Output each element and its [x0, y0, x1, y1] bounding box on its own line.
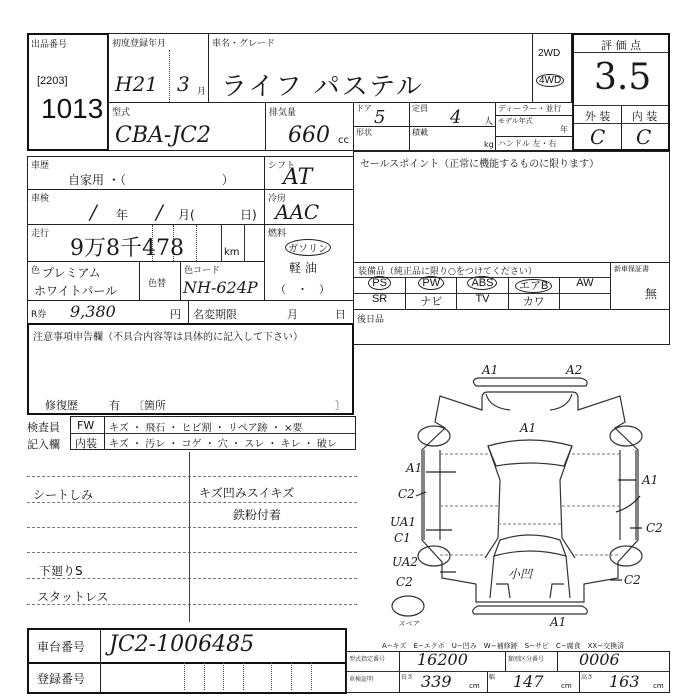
score: 3.5 — [594, 57, 651, 98]
later-items-box: 後日品 — [353, 309, 670, 345]
name-change-month: 月 — [287, 306, 298, 322]
warranty-label: 新車保証書 — [614, 264, 649, 274]
repair-close: 〕 — [335, 397, 346, 413]
displacement: 660 — [288, 123, 330, 148]
color-cell: 色 プレミアム ホワイトパール — [27, 261, 140, 301]
equipment-item-label: ABS — [467, 276, 497, 290]
displacement-cell: 排気量 660 cc — [265, 102, 354, 151]
equipment-item: PW — [405, 277, 456, 293]
equipment-item: AW — [559, 277, 610, 293]
divider — [311, 662, 312, 690]
fuel-label: 燃料 — [268, 226, 286, 239]
color-code-label: 色コード — [184, 263, 220, 276]
equipment-item: カワ — [508, 293, 559, 309]
divider — [505, 652, 506, 671]
damage-mark: C1 — [394, 531, 411, 545]
inspector-notes-area: シートしみ 下廻りS スタットレス キズ凹みスイキズ 鉄粉付着 — [27, 452, 357, 624]
displacement-unit: cc — [338, 135, 349, 146]
damage-mark: A1 — [641, 473, 658, 487]
inspection-month: / — [156, 200, 163, 224]
divider — [221, 225, 222, 261]
color-change-label: 色替 — [148, 276, 166, 289]
car-name-cell: 車名・グレード ライフ パステル — [208, 33, 533, 103]
type-info-box: 型式指定番号 16200 類別区分番号 0006 車検証明 長さ 339 cm … — [346, 651, 670, 693]
recycle-fee: 9,380 — [70, 302, 116, 321]
exterior-grade: C — [590, 125, 605, 149]
model-code: CBA-JC2 — [115, 123, 211, 148]
fw-items: キズ ・ 飛石 ・ ヒビ割 ・ リペア跡 ・ ×要 — [109, 419, 302, 434]
dealer-cell: ディーラー・並行 — [495, 102, 573, 116]
lot-label: 出品番号 — [31, 37, 67, 50]
color-value-1: プレミアム — [42, 264, 101, 281]
width: 147 — [513, 672, 544, 691]
mileage-cell: 走行 9万8千478 km — [27, 224, 265, 262]
chassis-number: JC2-1006485 — [109, 632, 254, 657]
model-cell: 型式 CBA-JC2 — [108, 102, 266, 151]
ac-cell: 冷房 AAC — [264, 189, 354, 225]
color-label: 色 — [31, 263, 40, 276]
lot-number-box: 出品番号 [2203] 1013 — [27, 33, 109, 151]
inspector-table: FW キズ ・ 飛石 ・ ヒビ割 ・ リペア跡 ・ ×要 内装 キズ ・ 汚レ … — [70, 416, 356, 450]
damage-mark: C2 — [398, 487, 415, 501]
car-name: ライフ パステル — [221, 66, 424, 103]
inspection-year-unit: 年 — [116, 206, 128, 223]
color-value-2: ホワイトパール — [34, 282, 117, 299]
doors: 5 — [374, 107, 385, 128]
first-reg-month: 3 — [177, 72, 190, 96]
first-registration-cell: 初度登録年月 H21 3 月 — [108, 33, 209, 103]
interior-label: 内 装 — [621, 108, 668, 124]
notes-box: 注意事項申告欄（不具合内容等は具体的に記入して下さい） 修復歴 有 〔箇所 〕 — [27, 323, 354, 415]
auction-code: [2203] — [37, 75, 68, 87]
car-name-label: 車名・グレード — [212, 36, 275, 49]
color-code-cell: 色コード NH-624P — [180, 261, 265, 301]
model-year-cell: モデル年式 年 — [495, 115, 573, 137]
usage-label: 車歴 — [31, 158, 49, 171]
width-label: 幅 — [489, 672, 495, 681]
year-unit: 年 — [560, 124, 568, 135]
divider — [100, 630, 101, 692]
equipment-item — [559, 293, 610, 309]
usage-cell: 車歴 自家用 ・（ ） — [27, 156, 265, 190]
fuel-gasoline: ガソリン — [285, 239, 331, 256]
damage-mark: C2 — [624, 573, 641, 587]
divider — [487, 671, 488, 692]
damage-mark: UA1 — [390, 515, 416, 529]
fuel-diesel: 軽 油 — [289, 259, 317, 276]
divider — [104, 417, 105, 449]
capacity-cell: 定員 4 人 — [409, 102, 496, 127]
divider — [574, 52, 668, 53]
interior-items: キズ ・ 汚レ ・ コゲ ・ 穴 ・ スレ ・ キレ ・ 破レ — [109, 435, 337, 450]
repair-has: 有 — [109, 397, 120, 413]
repair-location: 〔箇所 — [133, 397, 166, 413]
doors-label: ドア — [356, 103, 372, 114]
interior-items-label: 内装 — [75, 435, 97, 451]
body-label: 形状 — [356, 127, 372, 138]
handle-cell: ハンドル 左・右 — [495, 136, 573, 151]
inspector-label-1: 検査員 — [27, 419, 60, 435]
damage-mark: A1 — [405, 461, 422, 475]
divider — [27, 476, 357, 477]
right-note-1: キズ凹みスイキズ — [199, 484, 294, 501]
yen-unit: 円 — [170, 306, 181, 322]
divider — [579, 671, 580, 692]
type-designation-label: 型式指定番号 — [349, 654, 385, 663]
divider — [291, 662, 292, 690]
divider — [223, 662, 224, 690]
equipment-item-label: AW — [576, 277, 593, 289]
drive-cell: 2WD 4WD — [532, 33, 572, 103]
mileage: 9万8千478 — [70, 231, 184, 262]
height: 163 — [609, 672, 640, 691]
equipment-item: PS — [354, 277, 405, 293]
registration-label: 登録番号 — [37, 670, 85, 687]
load-cell: 積載 kg — [409, 126, 496, 151]
equipment-label: 装備品（純正品に限り○をつけてください） — [358, 264, 537, 277]
name-change-day: 日 — [335, 306, 346, 322]
divider — [29, 662, 345, 664]
divider — [243, 662, 244, 690]
exterior-label: 外 装 — [574, 108, 621, 124]
fw-label: FW — [77, 419, 94, 432]
equipment-item-label: TV — [475, 293, 489, 305]
equipment-item: ナビ — [405, 293, 456, 309]
score-label: 評 価 点 — [574, 37, 668, 53]
inspector-label-2: 記入欄 — [27, 436, 60, 452]
usage-value: 自家用 ・（ ） — [68, 171, 234, 188]
doors-cell: ドア 5 — [353, 102, 410, 127]
chassis-box: 車台番号 JC2-1006485 登録番号 — [27, 628, 347, 694]
divider — [621, 105, 622, 149]
equipment-item: TV — [456, 293, 507, 309]
handle-label: ハンドル 左・右 — [498, 138, 557, 149]
displacement-label: 排気量 — [269, 105, 296, 118]
left-note-1: シートしみ — [33, 486, 93, 503]
inspection-month-unit: 月( — [178, 206, 195, 223]
first-reg-label: 初度登録年月 — [112, 36, 166, 49]
warranty-value: 無 — [645, 285, 657, 302]
dealer-label: ディーラー・並行 — [498, 103, 561, 114]
drive-4wd: 4WD — [536, 74, 564, 87]
equipment-item-label: SR — [372, 293, 387, 305]
equipment-item: SR — [354, 293, 405, 309]
load-unit: kg — [484, 140, 494, 149]
sales-points-box: セールスポイント（正常に機能するものに限ります） — [353, 151, 670, 263]
equipment-item: エアB — [508, 277, 559, 293]
width-unit: cm — [561, 682, 572, 690]
divider — [189, 452, 190, 622]
equipment-item-label: エアB — [515, 279, 552, 293]
capacity-label: 定員 — [412, 103, 428, 114]
equipment-item-label: ナビ — [420, 296, 442, 308]
fuel-cell: 燃料 ガソリン 軽 油 （ ・ ） — [264, 224, 354, 301]
month-unit: 月 — [197, 84, 206, 97]
equipment-item: ABS — [456, 277, 507, 293]
divider — [169, 50, 170, 102]
spare-label: スペア — [398, 620, 420, 628]
load-label: 積載 — [412, 127, 428, 138]
category-label: 類別区分番号 — [508, 654, 544, 663]
color-code: NH-624P — [183, 278, 258, 297]
mileage-unit: km — [224, 247, 240, 258]
model-label: 型式 — [112, 105, 130, 118]
damage-mark: A1 — [549, 615, 566, 629]
divider — [27, 552, 357, 553]
equipment-item-label: PS — [368, 276, 391, 290]
repair-label: 修復歴 — [45, 397, 78, 413]
height-unit: cm — [653, 682, 664, 690]
drive-2wd: 2WD — [538, 48, 560, 59]
damage-mark: 小凹 — [508, 567, 534, 581]
name-change-cell: 名変期限 月 日 — [188, 300, 354, 324]
car-damage-diagram: A1A2A1A1C2UA1C1UA2C2A1C2C2小凹A1スペア — [360, 350, 680, 630]
mileage-label: 走行 — [31, 226, 49, 239]
recycle-label: R券 — [31, 307, 46, 320]
equipment-box: 装備品（純正品に限り○をつけてください） PSPWABSエアBAWSRナビTVカ… — [353, 262, 611, 310]
body-cell: 形状 — [353, 126, 410, 151]
recycle-cell: R券 9,380 円 — [27, 300, 189, 324]
category: 0006 — [579, 650, 620, 669]
right-note-2: 鉄粉付着 — [233, 506, 281, 523]
score-box: 評 価 点 3.5 外 装 内 装 C C — [572, 33, 670, 151]
length-unit: cm — [469, 682, 480, 690]
divider — [184, 662, 185, 690]
damage-mark: A1 — [481, 363, 498, 377]
capacity: 4 — [450, 107, 461, 128]
inspection-day-unit: 日) — [240, 206, 257, 223]
type-designation: 16200 — [417, 650, 468, 669]
length-label: 長さ — [401, 672, 413, 681]
divider — [204, 662, 205, 690]
height-label: 高さ — [581, 672, 593, 681]
shift-cell: シフト AT — [264, 156, 354, 190]
shift: AT — [283, 165, 312, 190]
color-change-cell: 色替 — [139, 261, 181, 301]
equipment-item-label: PW — [418, 276, 444, 290]
divider — [196, 225, 197, 261]
divider — [574, 123, 668, 124]
sales-points-label: セールスポイント（正常に機能するものに限ります） — [360, 155, 599, 170]
damage-mark: C2 — [646, 521, 663, 535]
left-note-4: スタットレス — [37, 588, 109, 605]
lot-number: 1013 — [41, 93, 103, 125]
inspection-label: 車検 — [31, 191, 49, 204]
damage-mark: UA2 — [392, 555, 418, 569]
ac: AAC — [275, 200, 319, 224]
name-change-label: 名変期限 — [193, 306, 237, 322]
interior-grade: C — [636, 125, 651, 149]
fuel-other: （ ・ ） — [275, 281, 330, 297]
damage-mark: A1 — [519, 421, 536, 435]
equipment-item-label: カワ — [523, 296, 545, 308]
dimension-label: 車検証明 — [349, 674, 373, 683]
damage-mark: A2 — [565, 363, 582, 377]
divider — [271, 662, 272, 690]
equipment-grid: PSPWABSエアBAWSRナビTVカワ — [354, 277, 610, 309]
left-note-3: 下廻りS — [39, 562, 83, 579]
divider — [399, 652, 400, 692]
damage-mark: C2 — [396, 575, 413, 589]
notes-label: 注意事項申告欄（不具合内容等は具体的に記入して下さい） — [33, 328, 303, 343]
first-reg-year: H21 — [115, 72, 158, 96]
later-items-label: 後日品 — [357, 312, 384, 325]
warranty-cell: 新車保証書 無 — [610, 262, 670, 310]
divider — [244, 225, 245, 261]
divider — [27, 527, 357, 528]
divider — [557, 652, 558, 671]
inspection-cell: 車検 / 年 / 月( 日) — [27, 189, 265, 225]
inspection-year: / — [90, 200, 97, 224]
length: 339 — [421, 672, 452, 691]
model-year-label: モデル年式 — [498, 116, 533, 126]
chassis-label: 車台番号 — [37, 638, 85, 655]
